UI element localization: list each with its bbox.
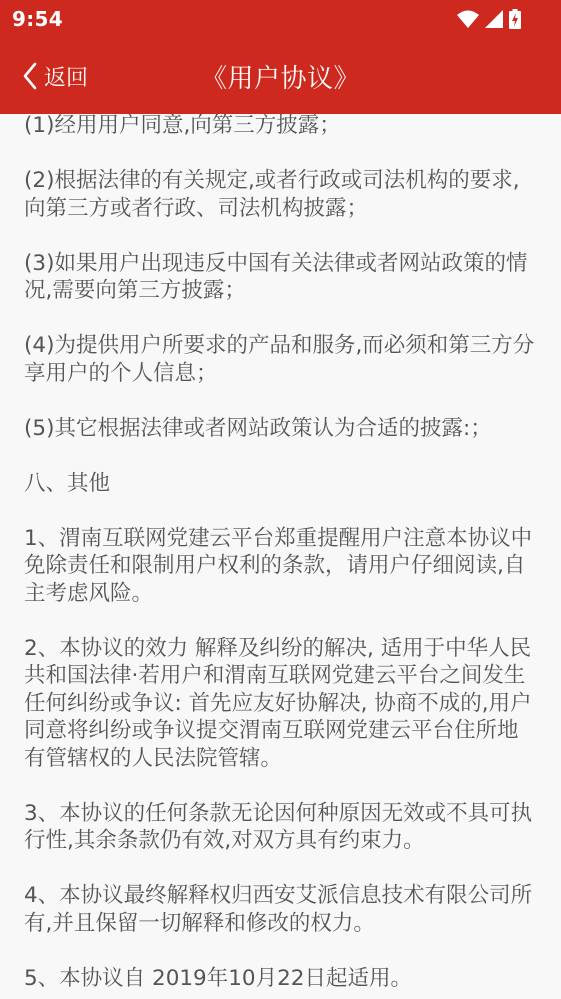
paragraph: (3)如果用户出现违反中国有关法律或者网站政策的情况,需要向第三方披露； — [24, 250, 539, 305]
paragraph: (4)为提供用户所要求的产品和服务,而必须和第三方分享用户的个人信息； — [24, 332, 539, 387]
paragraph: (2)根据法律的有关规定,或者行政或司法机构的要求,向第三方或者行政、司法机构披… — [24, 167, 539, 222]
cellular-signal-icon — [485, 10, 503, 28]
status-icons — [457, 8, 521, 30]
paragraph: (1)经用用户同意,向第三方披露； — [24, 114, 539, 140]
status-time: 9:54 — [12, 7, 63, 31]
section-heading: 八、其他 — [24, 470, 539, 498]
paragraph: 2、本协议的效力 解释及纠纷的解决, 适用于中华人民共和国法律·若用户和渭南互联… — [24, 635, 539, 773]
agreement-text: (1)经用用户同意,向第三方披露； (2)根据法律的有关规定,或者行政或司法机构… — [24, 114, 539, 992]
paragraph: 3、本协议的任何条款无论因何种原因无效或不具可执行性,其余条款仍有效,对双方具有… — [24, 800, 539, 855]
paragraph: (5)其它根据法律或者网站政策认为合适的披露:； — [24, 415, 539, 443]
agreement-content[interactable]: (1)经用用户同意,向第三方披露； (2)根据法律的有关规定,或者行政或司法机构… — [0, 114, 561, 999]
app-header: 9:54 返回 《用户协议》 — [0, 0, 561, 114]
navigation-bar: 返回 《用户协议》 — [0, 38, 561, 114]
wifi-icon — [457, 10, 479, 28]
status-bar: 9:54 — [0, 0, 561, 38]
battery-charging-icon — [509, 9, 521, 29]
page-title: 《用户协议》 — [0, 58, 561, 95]
paragraph: 5、本协议自 2019年10月22日起适用。 — [24, 965, 539, 993]
paragraph: 1、渭南互联网党建云平台郑重提醒用户注意本协议中免除责任和限制用户权利的条款，请… — [24, 525, 539, 608]
paragraph: 4、本协议最终解释权归西安艾派信息技术有限公司所有,并且保留一切解释和修改的权力… — [24, 882, 539, 937]
